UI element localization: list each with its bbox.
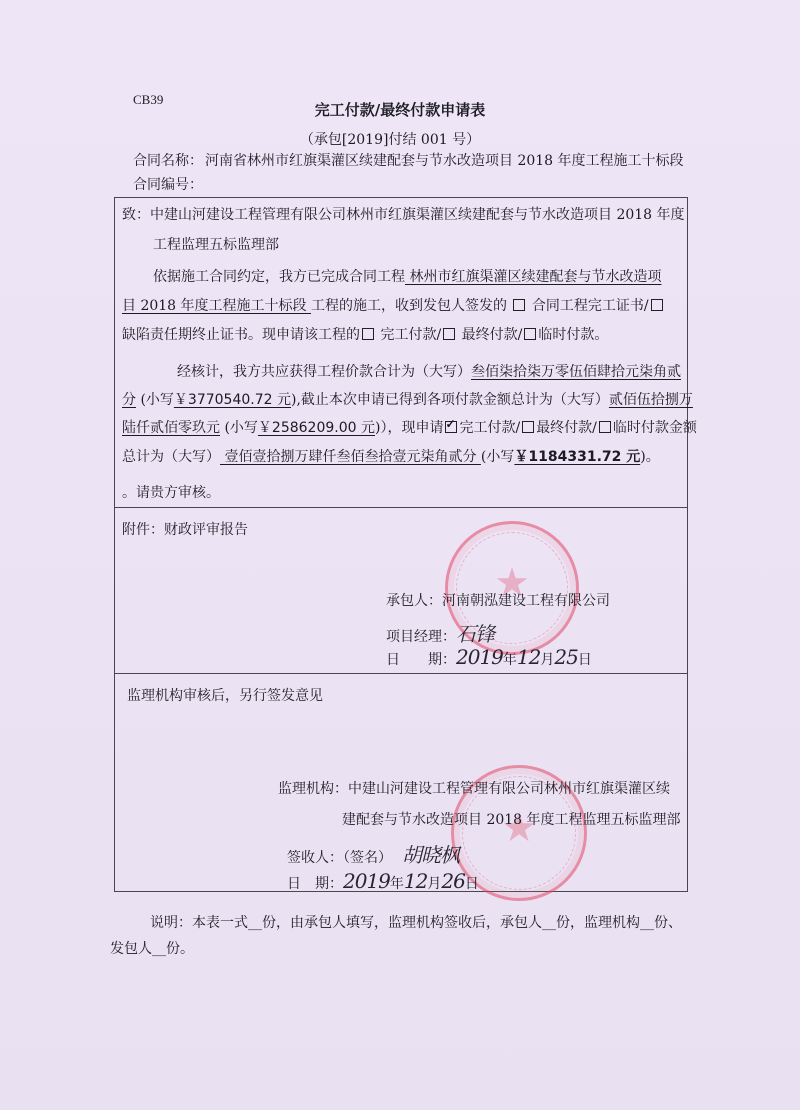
- paragraph-1-line-2: 目 2018 年度工程施工十标段 工程的施工，收到发包人签发的 合同工程完工证书…: [122, 295, 665, 315]
- footnote-line-2: 发包人__份。: [110, 938, 194, 958]
- contractor-row: 承包人：河南朝泓建设工程有限公司: [386, 590, 610, 610]
- paragraph-1-line-3: 缺陷责任期终止证书。现申请该工程的 完工付款/ 最终付款/临时付款。: [122, 324, 608, 344]
- paragraph-1-line-1: 依据施工合同约定，我方已完成合同工程 林州市红旗渠灌区续建配套与节水改造项: [153, 266, 661, 286]
- paragraph-2-line-3: 陆仟贰佰零玖元 (小写￥2586209.00 元)），现申请完工付款/最终付款/…: [122, 417, 697, 437]
- project-manager-signature: 石锋: [456, 622, 494, 646]
- apply-end: )。: [640, 449, 659, 465]
- supervisor-date-year: 2019: [343, 869, 390, 893]
- application-form-table: 致：中建山河建设工程管理有限公司林州市红旗渠灌区续建配套与节水改造项目 2018…: [114, 197, 688, 892]
- final-pay-checkbox[interactable]: [443, 328, 455, 340]
- contractor-label: 承包人：: [386, 593, 442, 609]
- year-unit: 年: [390, 876, 404, 892]
- receiver-row: 签收人：（签名）胡晓枫: [287, 839, 459, 868]
- page-title: 完工付款/最终付款申请表: [0, 99, 800, 120]
- completion-cert-label: 合同工程完工证书/: [532, 298, 649, 314]
- day-unit: 日: [578, 652, 592, 668]
- supervisor-org-row-1: 监理机构：中建山河建设工程管理有限公司林州市红旗渠灌区续: [278, 778, 670, 798]
- contract-no-label: 合同编号：: [133, 174, 205, 194]
- p1-prefix: 依据施工合同约定，我方已完成合同工程: [153, 269, 405, 285]
- project-name-part-1: 林州市红旗渠灌区续建配套与节水改造项: [405, 269, 661, 285]
- project-name-part-2: 目 2018 年度工程施工十标段: [122, 298, 311, 314]
- document-number: （承包[2019]付结 001 号）: [0, 129, 780, 149]
- closing-line: 。请贵方审核。: [122, 482, 220, 502]
- total-amount-lower: ￥3770540.72 元: [174, 392, 291, 408]
- supervisor-date-month: 12: [404, 869, 427, 893]
- contractor-date-label: 日 期：: [386, 652, 456, 668]
- month-unit: 月: [540, 652, 554, 668]
- project-manager-label: 项目经理：: [386, 629, 456, 645]
- paid-amount-lower: ￥2586209.00 元: [258, 420, 375, 436]
- contract-name-row: 合同名称：河南省林州市红旗渠灌区续建配套与节水改造项目 2018 年度工程施工十…: [133, 150, 684, 170]
- application-section: 致：中建山河建设工程管理有限公司林州市红旗渠灌区续建配套与节水改造项目 2018…: [115, 198, 687, 508]
- paragraph-2-line-2: 分 (小写￥3770540.72 元),截止本次申请已得到各项付款金额总计为（大…: [122, 389, 693, 409]
- total-amount-upper-part-2: 分: [122, 392, 136, 408]
- paid-prefix: ),截止本次申请已得到各项付款金额总计为（大写）: [291, 392, 609, 408]
- completion-pay-label: 完工付款/: [380, 327, 441, 343]
- interim-pay-checkbox[interactable]: [524, 328, 536, 340]
- receiver-label: 签收人：（签名）: [287, 850, 392, 866]
- recipient-line-1: 致：中建山河建设工程管理有限公司林州市红旗渠灌区续建配套与节水改造项目 2018…: [122, 204, 685, 224]
- paid-amount-upper-part-2: 陆仟贰佰零玖元: [122, 420, 220, 436]
- contractor-section: 附件：财政评审报告 ★ 承包人：河南朝泓建设工程有限公司 项目经理：石锋 日 期…: [115, 507, 687, 674]
- day-unit: 日: [465, 876, 479, 892]
- paid-lower-label: (小写: [224, 420, 257, 436]
- apply-prefix: )），现申请: [375, 420, 443, 436]
- defect-cert-checkbox[interactable]: [651, 299, 663, 311]
- attachment-line: 附件：财政评审报告: [122, 519, 248, 539]
- apply-lower-label: (小写: [481, 449, 514, 465]
- contractor-date-month: 12: [517, 645, 540, 669]
- apply-final-label: 最终付款/: [536, 420, 597, 436]
- project-manager-row: 项目经理：石锋: [386, 618, 494, 647]
- paragraph-2-line-4: 总计为（大写） 壹佰壹拾捌万肆仟叁佰叁拾壹元柒角贰分 (小写￥1184331.7…: [122, 446, 660, 466]
- completion-pay-checkbox[interactable]: [362, 328, 374, 340]
- contractor-date-year: 2019: [456, 645, 503, 669]
- defect-cert-label: 缺陷责任期终止证书。现申请该工程的: [122, 327, 360, 343]
- apply-completion-checkbox[interactable]: [445, 421, 457, 433]
- apply-completion-label: 完工付款/: [459, 420, 520, 436]
- contractor-name: 河南朝泓建设工程有限公司: [442, 593, 610, 609]
- document-page: CB39 完工付款/最终付款申请表 （承包[2019]付结 001 号） 合同名…: [0, 0, 800, 1110]
- supervisor-section: 监理机构审核后，另行签发意见 ★ 监理机构：中建山河建设工程管理有限公司林州市红…: [115, 673, 687, 891]
- contract-name-label: 合同名称：: [133, 150, 205, 170]
- total-amount-upper-part-1: 叁佰柒拾柒万零伍佰肆拾元柒角贰: [471, 364, 681, 380]
- recipient-line-2: 工程监理五标监理部: [153, 234, 279, 254]
- supervisor-org-row-2: 建配套与节水改造项目 2018 年度工程监理五标监理部: [342, 809, 681, 829]
- completion-cert-checkbox[interactable]: [513, 299, 525, 311]
- p2-prefix: 经核计，我方共应获得工程价款合计为（大写）: [177, 364, 471, 380]
- total-lower-label: (小写: [140, 392, 173, 408]
- contractor-date-day: 25: [554, 645, 577, 669]
- supervisor-remark: 监理机构审核后，另行签发意见: [127, 685, 323, 705]
- apply-total-label: 总计为（大写）: [122, 449, 220, 465]
- contract-no-row: 合同编号：: [133, 174, 205, 194]
- year-unit: 年: [503, 652, 517, 668]
- contractor-date-row: 日 期：2019年12月25日: [386, 645, 592, 669]
- p1-mid: 工程的施工，收到发包人签发的: [311, 298, 507, 314]
- apply-final-checkbox[interactable]: [522, 421, 534, 433]
- supervisor-org-label: 监理机构：: [278, 781, 348, 797]
- supervisor-date-day: 26: [441, 869, 464, 893]
- supervisor-date-row: 日 期：2019年12月26日: [287, 869, 479, 893]
- supervisor-org-name-part-1: 中建山河建设工程管理有限公司林州市红旗渠灌区续: [348, 781, 670, 797]
- apply-amount-upper: 壹佰壹拾捌万肆仟叁佰叁拾壹元柒角贰分: [220, 449, 481, 465]
- supervisor-date-label: 日 期：: [287, 876, 343, 892]
- apply-interim-checkbox[interactable]: [599, 421, 611, 433]
- footnote-line-1: 说明：本表一式__份，由承包人填写，监理机构签收后，承包人__份，监理机构__份…: [150, 912, 682, 932]
- receiver-signature: 胡晓枫: [402, 843, 459, 867]
- month-unit: 月: [427, 876, 441, 892]
- apply-amount-lower: ￥1184331.72 元: [514, 449, 640, 465]
- paragraph-2-line-1: 经核计，我方共应获得工程价款合计为（大写）叁佰柒拾柒万零伍佰肆拾元柒角贰: [177, 361, 681, 381]
- apply-interim-label: 临时付款金额: [613, 420, 697, 436]
- final-pay-label: 最终付款/: [462, 327, 523, 343]
- paid-amount-upper-part-1: 贰佰伍拾捌万: [609, 392, 693, 408]
- interim-pay-label: 临时付款。: [538, 327, 608, 343]
- contract-name-value: 河南省林州市红旗渠灌区续建配套与节水改造项目 2018 年度工程施工十标段: [205, 153, 684, 169]
